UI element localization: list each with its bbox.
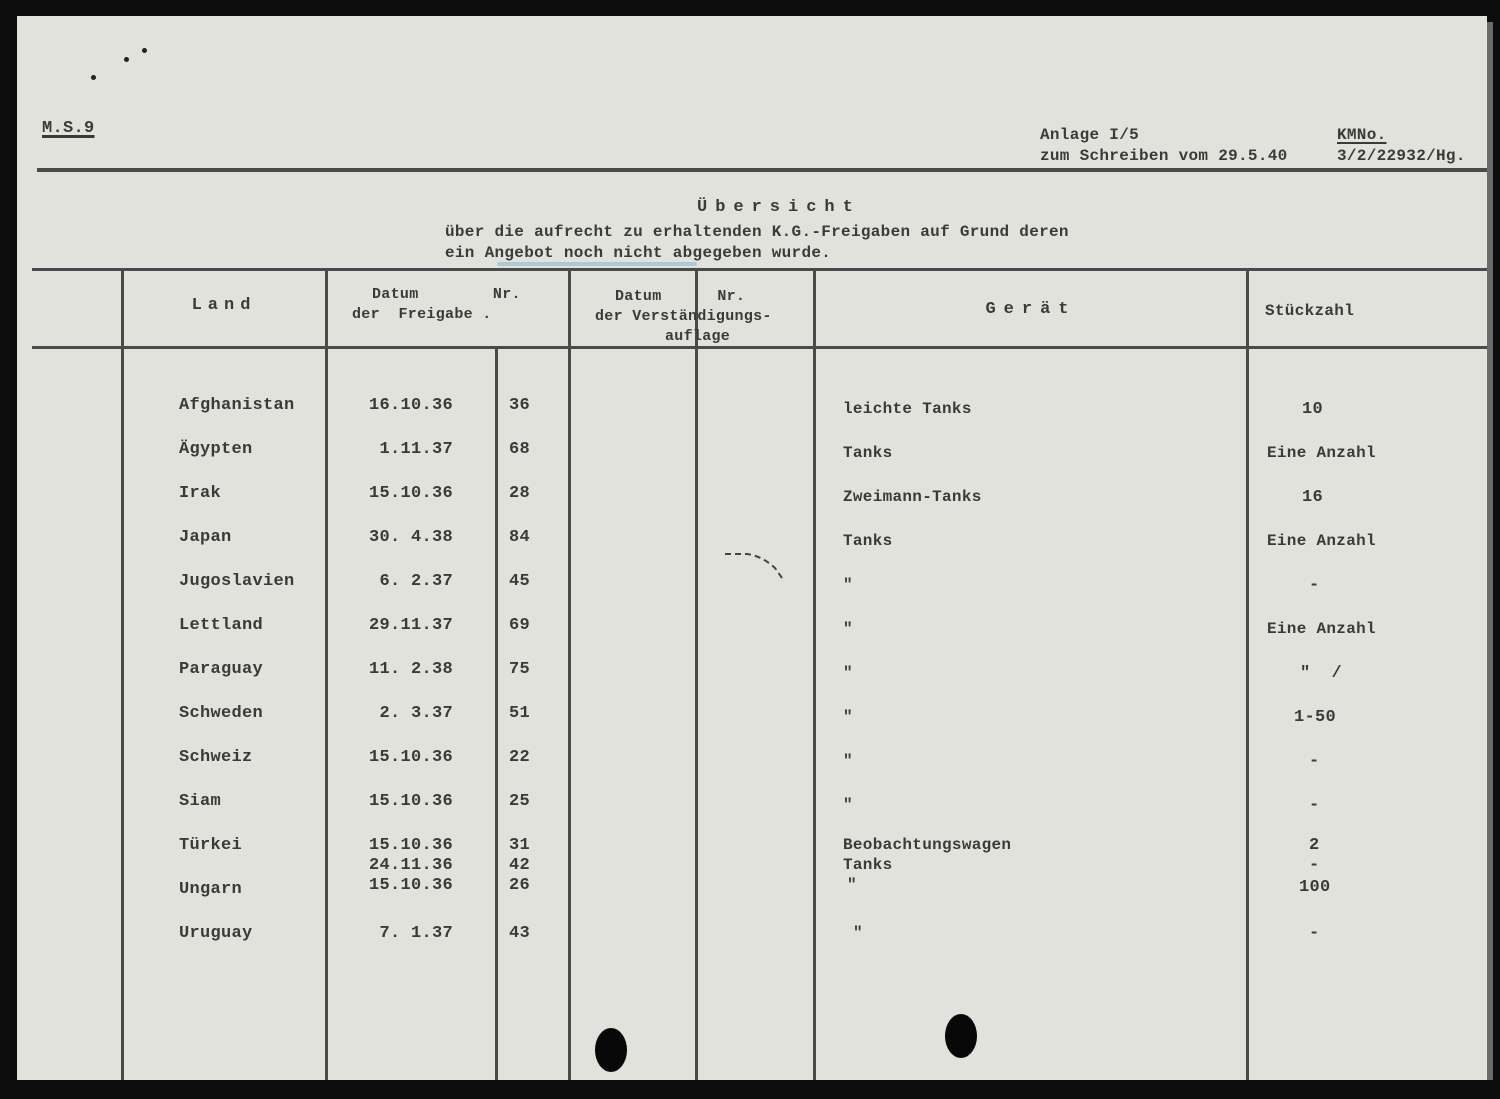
cell-geraet: " — [843, 620, 853, 638]
cell-geraet: leichte Tanks — [843, 400, 972, 418]
cell-nr: 84 — [509, 528, 530, 547]
cell-nr: 42 — [509, 856, 530, 875]
column-rule — [495, 348, 498, 1080]
cell-datum: 15.10.36 — [327, 748, 453, 767]
cell-stueckzahl: - — [1309, 796, 1320, 815]
ink-speck — [124, 57, 129, 62]
cell-land: Ägypten — [179, 440, 253, 459]
column-rule — [568, 268, 571, 1080]
ink-speck — [91, 75, 96, 80]
column-header-verst-line3: auflage — [665, 328, 730, 345]
cell-land: Afghanistan — [179, 396, 295, 415]
cell-land: Schweiz — [179, 748, 253, 767]
column-header-stueckzahl: Stückzahl — [1265, 302, 1354, 320]
cell-datum: 2. 3.37 — [327, 704, 453, 723]
document-page: M.S.9 Anlage I/5 zum Schreiben vom 29.5.… — [17, 16, 1487, 1080]
cell-datum: 15.10.36 — [327, 792, 453, 811]
cell-nr: 25 — [509, 792, 530, 811]
cell-stueckzahl: 16 — [1302, 488, 1323, 507]
column-rule — [695, 268, 698, 1080]
cell-land: Siam — [179, 792, 221, 811]
cell-land: Ungarn — [179, 880, 242, 899]
cell-stueckzahl: Eine Anzahl — [1267, 444, 1376, 462]
cell-datum: 15.10.36 — [327, 876, 453, 895]
cell-stueckzahl: Eine Anzahl — [1267, 620, 1376, 638]
cell-datum: 1.11.37 — [327, 440, 453, 459]
annex-label: Anlage I/5 — [1040, 126, 1139, 144]
cell-nr: 69 — [509, 616, 530, 635]
table-header-rule — [32, 346, 1487, 349]
table-top-rule — [32, 268, 1487, 271]
cell-datum: 15.10.36 — [327, 836, 453, 855]
cell-geraet: Zweimann-Tanks — [843, 488, 982, 506]
cell-stueckzahl: - — [1309, 752, 1320, 771]
cell-datum: 24.11.36 — [327, 856, 453, 875]
column-header-freigabe-line1: Datum Nr. — [372, 286, 521, 303]
punch-hole-left — [595, 1028, 627, 1072]
cell-datum: 29.11.37 — [327, 616, 453, 635]
cell-land: Japan — [179, 528, 232, 547]
cell-datum: 15.10.36 — [327, 484, 453, 503]
cell-stueckzahl: 1-50 — [1294, 708, 1336, 727]
cell-stueckzahl: - — [1309, 924, 1320, 943]
cell-geraet: " — [853, 924, 863, 942]
header-divider — [37, 168, 1487, 172]
page-edge — [1487, 22, 1493, 1080]
column-rule — [1246, 268, 1249, 1080]
cell-land: Uruguay — [179, 924, 253, 943]
cell-geraet: Tanks — [843, 444, 893, 462]
punch-hole-right — [945, 1014, 977, 1058]
cell-land: Paraguay — [179, 660, 263, 679]
column-rule — [813, 268, 816, 1080]
cell-stueckzahl: 2 — [1309, 836, 1320, 855]
column-header-verst-line1: Datum Nr. — [615, 288, 745, 305]
cell-stueckzahl: Eine Anzahl — [1267, 532, 1376, 550]
letter-reference: zum Schreiben vom 29.5.40 — [1040, 147, 1288, 165]
cell-geraet: " — [843, 664, 853, 682]
document-title: Übersicht — [697, 198, 861, 217]
column-header-land: Land — [123, 296, 325, 315]
pencil-stroke — [717, 546, 797, 596]
cell-land: Lettland — [179, 616, 263, 635]
kmno-number: 3/2/22932/Hg. — [1337, 147, 1466, 165]
cell-nr: 68 — [509, 440, 530, 459]
reference-code: M.S.9 — [42, 119, 95, 138]
column-header-verst-line2: der Verständigungs- — [595, 308, 772, 325]
cell-nr: 36 — [509, 396, 530, 415]
cell-datum: 7. 1.37 — [327, 924, 453, 943]
cell-land: Schweden — [179, 704, 263, 723]
cell-geraet: " — [843, 752, 853, 770]
cell-nr: 31 — [509, 836, 530, 855]
cell-nr: 45 — [509, 572, 530, 591]
cell-stueckzahl: 10 — [1302, 400, 1323, 419]
column-rule — [121, 268, 124, 1080]
cell-nr: 26 — [509, 876, 530, 895]
blue-pencil-mark — [497, 262, 697, 266]
column-header-freigabe-line2: der Freigabe . — [352, 306, 492, 323]
cell-datum: 16.10.36 — [327, 396, 453, 415]
cell-land: Jugoslavien — [179, 572, 295, 591]
subtitle-line-1: über die aufrecht zu erhaltenden K.G.-Fr… — [445, 223, 1069, 241]
cell-nr: 75 — [509, 660, 530, 679]
cell-geraet: " — [843, 576, 853, 594]
kmno-label: KMNo. — [1337, 126, 1387, 144]
cell-geraet: " — [843, 708, 853, 726]
cell-geraet: Beobachtungswagen — [843, 836, 1011, 854]
cell-geraet: Tanks — [843, 856, 893, 874]
cell-datum: 6. 2.37 — [327, 572, 453, 591]
cell-datum: 30. 4.38 — [327, 528, 453, 547]
cell-nr: 51 — [509, 704, 530, 723]
cell-land: Türkei — [179, 836, 242, 855]
cell-stueckzahl: - — [1309, 856, 1320, 875]
column-header-geraet: Gerät — [816, 300, 1246, 319]
cell-nr: 22 — [509, 748, 530, 767]
cell-nr: 28 — [509, 484, 530, 503]
ink-speck — [142, 48, 147, 53]
cell-stueckzahl: 100 — [1299, 878, 1331, 897]
cell-stueckzahl: - — [1309, 576, 1320, 595]
cell-nr: 43 — [509, 924, 530, 943]
cell-geraet: " — [843, 796, 853, 814]
cell-datum: 11. 2.38 — [327, 660, 453, 679]
cell-geraet: Tanks — [843, 532, 893, 550]
cell-geraet: " — [847, 876, 857, 894]
cell-stueckzahl: " / — [1300, 664, 1342, 683]
subtitle-line-2: ein Angebot noch nicht abgegeben wurde. — [445, 244, 831, 262]
cell-land: Irak — [179, 484, 221, 503]
